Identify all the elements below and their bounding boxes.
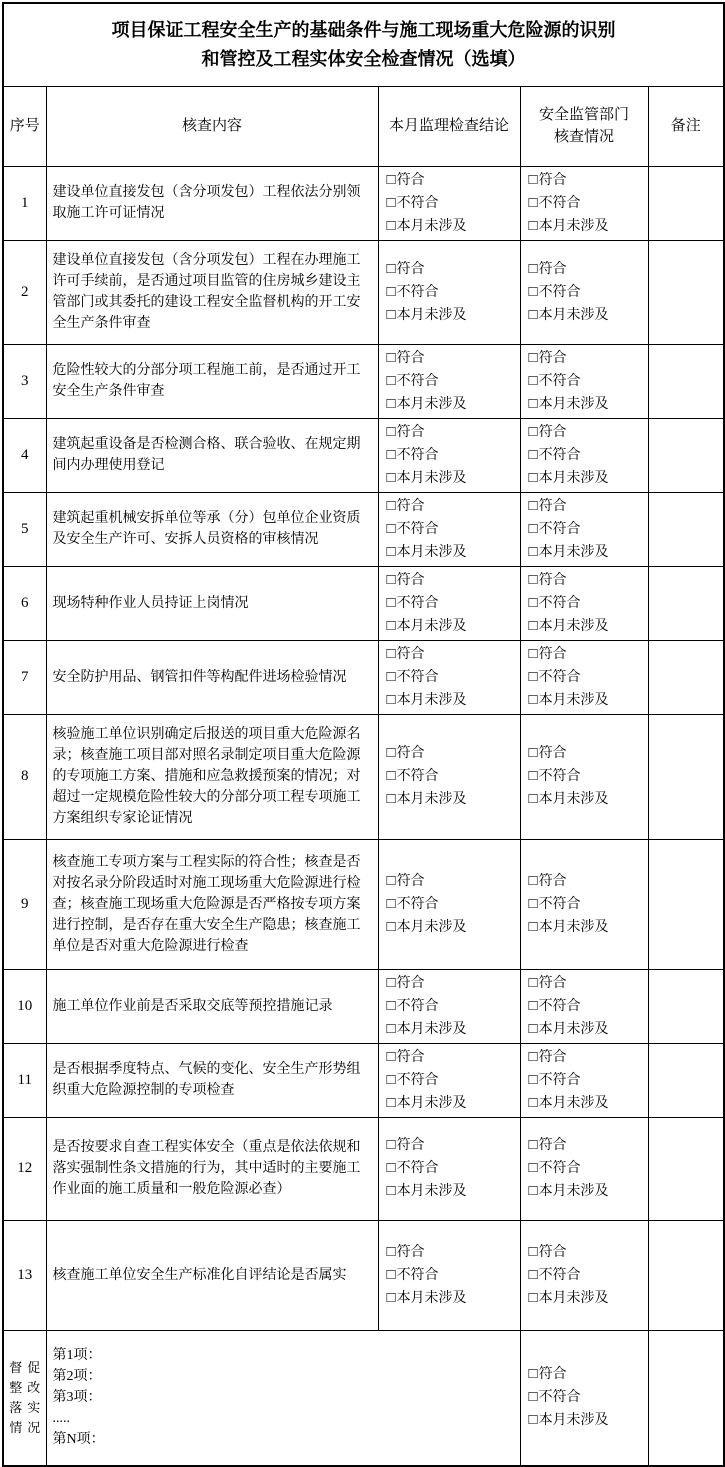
checkbox-icon[interactable]: □ (387, 1095, 396, 1111)
checkbox-icon[interactable]: □ (529, 1389, 538, 1405)
checkbox-label: 本月未涉及 (397, 1291, 467, 1306)
checkbox-icon[interactable]: □ (529, 1366, 538, 1382)
row-content: 建筑起重设备是否检测合格、联合验收、在规定期间内办理使用登记 (46, 418, 378, 492)
checkbox-label: 本月未涉及 (397, 1184, 467, 1199)
checkbox-option-authority[interactable]: □本月未涉及 (529, 1287, 646, 1310)
checkbox-icon[interactable]: □ (529, 172, 538, 188)
checkbox-icon[interactable]: □ (387, 218, 396, 234)
checkbox-option-supervision[interactable]: □符合 (387, 1134, 518, 1157)
checkbox-option-supervision[interactable]: □不符合 (387, 893, 518, 916)
checkbox-icon[interactable]: □ (387, 791, 396, 807)
row-content: 建设单位直接发包（含分项发包）工程依法分别领取施工许可证情况 (46, 166, 378, 240)
checkbox-icon[interactable]: □ (387, 1244, 396, 1260)
checkbox-label: 不符合 (539, 1390, 581, 1405)
checkbox-icon[interactable]: □ (529, 1137, 538, 1153)
checkbox-option-authority[interactable]: □符合 (529, 1046, 646, 1069)
checkbox-label: 不符合 (397, 448, 439, 463)
checkbox-label: 本月未涉及 (539, 1291, 609, 1306)
checkbox-icon[interactable]: □ (387, 424, 396, 440)
checkbox-icon[interactable]: □ (387, 998, 396, 1014)
checkbox-label: 本月未涉及 (539, 792, 609, 807)
checkbox-label: 符合 (397, 746, 425, 761)
checkbox-option-supervision[interactable]: □不符合 (387, 765, 518, 788)
checkbox-label: 不符合 (397, 1161, 439, 1176)
authority-check-cell: □符合□不符合□本月未涉及 (520, 1117, 648, 1220)
checkbox-label: 符合 (539, 1367, 567, 1382)
checkbox-label: 符合 (397, 1245, 425, 1260)
checkbox-option-supervision[interactable]: □本月未涉及 (387, 467, 518, 490)
checkbox-icon[interactable]: □ (529, 1021, 538, 1037)
checkbox-label: 不符合 (397, 1268, 439, 1283)
checkbox-option-authority[interactable]: □符合 (529, 421, 646, 444)
row-number: 5 (3, 492, 46, 566)
checkbox-option-supervision[interactable]: □本月未涉及 (387, 689, 518, 712)
checkbox-icon[interactable]: □ (529, 1412, 538, 1428)
checkbox-icon[interactable]: □ (387, 1267, 396, 1283)
rectification-item: 第1项： (53, 1345, 512, 1366)
checkbox-icon[interactable]: □ (387, 745, 396, 761)
checkbox-icon[interactable]: □ (529, 618, 538, 634)
checkbox-option-supervision[interactable]: □本月未涉及 (387, 1018, 518, 1041)
checkbox-option-authority[interactable]: □不符合 (529, 281, 646, 304)
checkbox-icon[interactable]: □ (387, 521, 396, 537)
checkbox-label: 本月未涉及 (539, 693, 609, 708)
checkbox-icon[interactable]: □ (529, 1072, 538, 1088)
checkbox-option-supervision[interactable]: □符合 (387, 1046, 518, 1069)
supervision-check-cell: □符合□不符合□本月未涉及 (378, 1220, 520, 1330)
checkbox-option-authority[interactable]: □不符合 (529, 1264, 646, 1287)
checkbox-icon[interactable]: □ (529, 261, 538, 277)
checkbox-label: 本月未涉及 (397, 619, 467, 634)
checkbox-option-authority[interactable]: □本月未涉及 (529, 689, 646, 712)
checkbox-label: 不符合 (539, 448, 581, 463)
checkbox-label: 不符合 (539, 670, 581, 685)
footer-label-line: 落实 (4, 1398, 46, 1418)
checkbox-label: 本月未涉及 (397, 397, 467, 412)
col-header-authority: 安全监管部门 核查情况 (520, 86, 648, 166)
authority-check-cell: □符合□不符合□本月未涉及 (520, 492, 648, 566)
checkbox-label: 本月未涉及 (397, 545, 467, 560)
checkbox-label: 符合 (397, 499, 425, 514)
checkbox-option-authority[interactable]: □不符合 (529, 1069, 646, 1092)
authority-check-cell: □符合□不符合□本月未涉及 (520, 240, 648, 344)
checkbox-icon[interactable]: □ (387, 896, 396, 912)
supervision-check-cell: □符合□不符合□本月未涉及 (378, 492, 520, 566)
checkbox-option-supervision[interactable]: □本月未涉及 (387, 1092, 518, 1115)
checkbox-option-authority[interactable]: □符合 (529, 1134, 646, 1157)
checkbox-icon[interactable]: □ (387, 172, 396, 188)
checkbox-option-authority[interactable]: □符合 (529, 1241, 646, 1264)
checkbox-label: 符合 (397, 425, 425, 440)
checkbox-option-authority[interactable]: □本月未涉及 (529, 1180, 646, 1203)
checkbox-icon[interactable]: □ (387, 1160, 396, 1176)
authority-check-cell: □符合□不符合□本月未涉及 (520, 166, 648, 240)
checkbox-icon[interactable]: □ (387, 572, 396, 588)
row-content: 是否根据季度特点、气候的变化、安全生产形势组织重大危险源控制的专项检查 (46, 1043, 378, 1117)
checkbox-option-authority[interactable]: □符合 (529, 569, 646, 592)
checkbox-icon[interactable]: □ (387, 1072, 396, 1088)
checkbox-icon[interactable]: □ (387, 692, 396, 708)
checkbox-icon[interactable]: □ (387, 373, 396, 389)
checkbox-icon[interactable]: □ (387, 396, 396, 412)
checkbox-icon[interactable]: □ (529, 1290, 538, 1306)
checkbox-icon[interactable]: □ (387, 1137, 396, 1153)
checkbox-icon[interactable]: □ (387, 1290, 396, 1306)
checkbox-option-authority[interactable]: □本月未涉及 (529, 393, 646, 416)
checkbox-label: 本月未涉及 (539, 219, 609, 234)
row-number: 4 (3, 418, 46, 492)
checkbox-icon[interactable]: □ (529, 919, 538, 935)
checkbox-icon[interactable]: □ (529, 1244, 538, 1260)
checkbox-option-supervision[interactable]: □本月未涉及 (387, 788, 518, 811)
table-row: 5 建筑起重机械安拆单位等承（分）包单位企业资质及安全生产许可、安拆人员资格的审… (3, 492, 724, 566)
checkbox-icon[interactable]: □ (529, 1049, 538, 1065)
checkbox-option-authority[interactable]: □不符合 (529, 893, 646, 916)
checkbox-icon[interactable]: □ (387, 261, 396, 277)
checkbox-icon[interactable]: □ (529, 373, 538, 389)
checkbox-icon[interactable]: □ (529, 447, 538, 463)
checkbox-icon[interactable]: □ (529, 195, 538, 211)
checkbox-option-authority[interactable]: □本月未涉及 (529, 541, 646, 564)
checkbox-icon[interactable]: □ (529, 424, 538, 440)
table-body: 1 建设单位直接发包（含分项发包）工程依法分别领取施工许可证情况 □符合□不符合… (3, 166, 724, 1330)
checkbox-icon[interactable]: □ (529, 692, 538, 708)
checkbox-option-authority[interactable]: □不符合 (529, 1157, 646, 1180)
supervision-check-cell: □符合□不符合□本月未涉及 (378, 344, 520, 418)
checkbox-label: 符合 (397, 874, 425, 889)
checkbox-label: 符合 (397, 976, 425, 991)
checkbox-label: 不符合 (397, 769, 439, 784)
checkbox-icon[interactable]: □ (387, 498, 396, 514)
table-row: 12 是否按要求自查工程实体安全（重点是依法依规和落实强制性条文措施的行为，其中… (3, 1117, 724, 1220)
checkbox-option-authority[interactable]: □符合 (529, 870, 646, 893)
checkbox-option-authority[interactable]: □本月未涉及 (529, 788, 646, 811)
checkbox-icon[interactable]: □ (529, 521, 538, 537)
checkbox-label: 本月未涉及 (539, 920, 609, 935)
checkbox-label: 不符合 (397, 670, 439, 685)
checkbox-label: 符合 (539, 1050, 567, 1065)
checkbox-option-supervision[interactable]: □符合 (387, 643, 518, 666)
checkbox-label: 符合 (397, 647, 425, 662)
checkbox-icon[interactable]: □ (529, 1160, 538, 1176)
row-number: 6 (3, 566, 46, 640)
checkbox-icon[interactable]: □ (387, 646, 396, 662)
checkbox-option-authority[interactable]: □不符合 (529, 592, 646, 615)
checkbox-label: 符合 (397, 1050, 425, 1065)
checkbox-option-authority[interactable]: □本月未涉及 (529, 467, 646, 490)
checkbox-icon[interactable]: □ (529, 791, 538, 807)
checkbox-icon[interactable]: □ (529, 998, 538, 1014)
checkbox-icon[interactable]: □ (529, 470, 538, 486)
remark-cell (648, 418, 724, 492)
checkbox-option-supervision[interactable]: □本月未涉及 (387, 215, 518, 238)
rectification-row: 督促 整改 落实 情况 第1项： 第2项： 第3项： ..... 第N项： □符… (3, 1330, 724, 1466)
checkbox-option-authority[interactable]: □符合 (529, 347, 646, 370)
checkbox-icon[interactable]: □ (387, 595, 396, 611)
checkbox-option-authority[interactable]: □符合 (529, 742, 646, 765)
checkbox-option-authority[interactable]: □不符合 (529, 518, 646, 541)
checkbox-option-authority[interactable]: □不符合 (529, 666, 646, 689)
checkbox-option-supervision[interactable]: □不符合 (387, 592, 518, 615)
inspection-table: 项目保证工程安全生产的基础条件与施工现场重大危险源的识别 和管控及工程实体安全检… (2, 2, 725, 1467)
checkbox-label: 不符合 (397, 285, 439, 300)
remark-cell (648, 1330, 724, 1466)
checkbox-label: 不符合 (539, 897, 581, 912)
checkbox-option-authority[interactable]: □本月未涉及 (529, 215, 646, 238)
col-header-supervision: 本月监理检查结论 (378, 86, 520, 166)
checkbox-label: 本月未涉及 (397, 792, 467, 807)
checkbox-label: 本月未涉及 (539, 1096, 609, 1111)
checkbox-label: 不符合 (539, 1073, 581, 1088)
supervision-check-cell: □符合□不符合□本月未涉及 (378, 1043, 520, 1117)
checkbox-label: 不符合 (397, 1073, 439, 1088)
checkbox-option-supervision[interactable]: □符合 (387, 347, 518, 370)
checkbox-option-supervision[interactable]: □符合 (387, 495, 518, 518)
footer-label-line: 整改 (4, 1378, 46, 1398)
table-row: 9 核查施工专项方案与工程实际的符合性；核查是否对按名录分阶段适时对施工现场重大… (3, 839, 724, 969)
rectification-items-cell[interactable]: 第1项： 第2项： 第3项： ..... 第N项： (46, 1330, 520, 1466)
checkbox-option-authority[interactable]: □符合 (529, 258, 646, 281)
checkbox-option-supervision[interactable]: □不符合 (387, 281, 518, 304)
checkbox-icon[interactable]: □ (529, 669, 538, 685)
authority-check-cell: □符合□不符合□本月未涉及 (520, 1043, 648, 1117)
row-number: 11 (3, 1043, 46, 1117)
checkbox-icon[interactable]: □ (529, 975, 538, 991)
checkbox-option-authority[interactable]: □不符合 (529, 1386, 646, 1409)
checkbox-icon[interactable]: □ (387, 919, 396, 935)
checkbox-option-authority[interactable]: □本月未涉及 (529, 1409, 646, 1432)
checkbox-label: 本月未涉及 (539, 471, 609, 486)
checkbox-icon[interactable]: □ (529, 218, 538, 234)
authority-check-cell: □符合□不符合□本月未涉及 (520, 640, 648, 714)
table-row: 11 是否根据季度特点、气候的变化、安全生产形势组织重大危险源控制的专项检查 □… (3, 1043, 724, 1117)
checkbox-option-authority[interactable]: □不符合 (529, 765, 646, 788)
checkbox-label: 符合 (539, 425, 567, 440)
col-header-remark: 备注 (648, 86, 724, 166)
checkbox-option-authority[interactable]: □不符合 (529, 444, 646, 467)
checkbox-label: 符合 (539, 874, 567, 889)
checkbox-label: 本月未涉及 (397, 693, 467, 708)
authority-check-cell: □符合□不符合□本月未涉及 (520, 714, 648, 839)
checkbox-icon[interactable]: □ (529, 768, 538, 784)
supervision-check-cell: □符合□不符合□本月未涉及 (378, 640, 520, 714)
row-content: 现场特种作业人员持证上岗情况 (46, 566, 378, 640)
supervision-check-cell: □符合□不符合□本月未涉及 (378, 240, 520, 344)
checkbox-option-supervision[interactable]: □不符合 (387, 995, 518, 1018)
checkbox-icon[interactable]: □ (529, 307, 538, 323)
checkbox-icon[interactable]: □ (387, 470, 396, 486)
checkbox-icon[interactable]: □ (529, 544, 538, 560)
checkbox-label: 符合 (539, 262, 567, 277)
checkbox-icon[interactable]: □ (387, 284, 396, 300)
checkbox-icon[interactable]: □ (529, 595, 538, 611)
checkbox-icon[interactable]: □ (529, 396, 538, 412)
checkbox-icon[interactable]: □ (387, 195, 396, 211)
checkbox-option-authority[interactable]: □符合 (529, 972, 646, 995)
checkbox-option-authority[interactable]: □符合 (529, 169, 646, 192)
checkbox-option-supervision[interactable]: □不符合 (387, 444, 518, 467)
checkbox-option-authority[interactable]: □本月未涉及 (529, 1092, 646, 1115)
checkbox-icon[interactable]: □ (387, 873, 396, 889)
checkbox-option-authority[interactable]: □本月未涉及 (529, 615, 646, 638)
authority-check-cell: □符合□不符合□本月未涉及 (520, 566, 648, 640)
remark-cell (648, 166, 724, 240)
row-number: 1 (3, 166, 46, 240)
checkbox-option-supervision[interactable]: □不符合 (387, 518, 518, 541)
checkbox-option-supervision[interactable]: □本月未涉及 (387, 304, 518, 327)
header-row: 序号 核查内容 本月监理检查结论 安全监管部门 核查情况 备注 (3, 86, 724, 166)
checkbox-icon[interactable]: □ (529, 896, 538, 912)
supervision-check-cell: □符合□不符合□本月未涉及 (378, 714, 520, 839)
row-number: 13 (3, 1220, 46, 1330)
checkbox-option-supervision[interactable]: □符合 (387, 569, 518, 592)
footer-label: 督促 整改 落实 情况 (3, 1330, 46, 1466)
checkbox-label: 本月未涉及 (397, 920, 467, 935)
checkbox-icon[interactable]: □ (387, 447, 396, 463)
checkbox-icon[interactable]: □ (529, 1183, 538, 1199)
checkbox-option-supervision[interactable]: □本月未涉及 (387, 615, 518, 638)
checkbox-option-supervision[interactable]: □本月未涉及 (387, 393, 518, 416)
authority-check-cell: □符合□不符合□本月未涉及 (520, 418, 648, 492)
checkbox-label: 符合 (539, 647, 567, 662)
checkbox-icon[interactable]: □ (387, 307, 396, 323)
row-content: 施工单位作业前是否采取交底等预控措施记录 (46, 969, 378, 1043)
checkbox-option-supervision[interactable]: □不符合 (387, 370, 518, 393)
checkbox-icon[interactable]: □ (529, 498, 538, 514)
checkbox-label: 本月未涉及 (397, 219, 467, 234)
table-row: 8 核验施工单位识别确定后报送的项目重大危险源名录；核查施工项目部对照名录制定项… (3, 714, 724, 839)
remark-cell (648, 1220, 724, 1330)
checkbox-label: 不符合 (397, 596, 439, 611)
checkbox-label: 不符合 (397, 897, 439, 912)
checkbox-icon[interactable]: □ (529, 1267, 538, 1283)
checkbox-icon[interactable]: □ (529, 1095, 538, 1111)
checkbox-icon[interactable]: □ (529, 646, 538, 662)
checkbox-option-supervision[interactable]: □符合 (387, 169, 518, 192)
checkbox-label: 不符合 (397, 522, 439, 537)
checkbox-label: 本月未涉及 (539, 308, 609, 323)
checkbox-option-authority[interactable]: □不符合 (529, 192, 646, 215)
checkbox-icon[interactable]: □ (387, 768, 396, 784)
checkbox-option-supervision[interactable]: □不符合 (387, 1157, 518, 1180)
checkbox-icon[interactable]: □ (387, 350, 396, 366)
checkbox-label: 符合 (539, 573, 567, 588)
checkbox-label: 本月未涉及 (539, 397, 609, 412)
checkbox-label: 本月未涉及 (397, 308, 467, 323)
checkbox-icon[interactable]: □ (529, 873, 538, 889)
checkbox-option-supervision[interactable]: □符合 (387, 421, 518, 444)
checkbox-icon[interactable]: □ (387, 544, 396, 560)
checkbox-option-supervision[interactable]: □符合 (387, 972, 518, 995)
checkbox-label: 符合 (397, 262, 425, 277)
checkbox-option-authority[interactable]: □符合 (529, 1363, 646, 1386)
checkbox-label: 不符合 (539, 522, 581, 537)
title-row: 项目保证工程安全生产的基础条件与施工现场重大危险源的识别 和管控及工程实体安全检… (3, 3, 724, 86)
row-number: 7 (3, 640, 46, 714)
checkbox-icon[interactable]: □ (387, 1183, 396, 1199)
checkbox-option-supervision[interactable]: □不符合 (387, 1264, 518, 1287)
table-row: 13 核查施工单位安全生产标准化自评结论是否属实 □符合□不符合□本月未涉及 □… (3, 1220, 724, 1330)
checkbox-option-supervision[interactable]: □本月未涉及 (387, 1287, 518, 1310)
checkbox-label: 符合 (539, 1138, 567, 1153)
row-number: 3 (3, 344, 46, 418)
checkbox-icon[interactable]: □ (529, 284, 538, 300)
checkbox-icon[interactable]: □ (387, 618, 396, 634)
supervision-check-cell: □符合□不符合□本月未涉及 (378, 839, 520, 969)
checkbox-icon[interactable]: □ (387, 975, 396, 991)
checkbox-label: 不符合 (539, 374, 581, 389)
remark-cell (648, 1117, 724, 1220)
supervision-check-cell: □符合□不符合□本月未涉及 (378, 166, 520, 240)
supervision-check-cell: □符合□不符合□本月未涉及 (378, 969, 520, 1043)
checkbox-label: 本月未涉及 (397, 471, 467, 486)
checkbox-label: 符合 (539, 173, 567, 188)
checkbox-option-authority[interactable]: □符合 (529, 495, 646, 518)
checkbox-option-supervision[interactable]: □不符合 (387, 192, 518, 215)
checkbox-label: 符合 (397, 173, 425, 188)
row-number: 9 (3, 839, 46, 969)
table-row: 1 建设单位直接发包（含分项发包）工程依法分别领取施工许可证情况 □符合□不符合… (3, 166, 724, 240)
row-content: 核查施工单位安全生产标准化自评结论是否属实 (46, 1220, 378, 1330)
checkbox-option-supervision[interactable]: □本月未涉及 (387, 1180, 518, 1203)
remark-cell (648, 1043, 724, 1117)
checkbox-option-supervision[interactable]: □符合 (387, 258, 518, 281)
checkbox-option-authority[interactable]: □不符合 (529, 370, 646, 393)
checkbox-option-authority[interactable]: □本月未涉及 (529, 916, 646, 939)
checkbox-label: 不符合 (539, 596, 581, 611)
checkbox-option-supervision[interactable]: □符合 (387, 870, 518, 893)
remark-cell (648, 566, 724, 640)
rectification-item-ellipsis: ..... (53, 1408, 512, 1429)
table-row: 3 危险性较大的分部分项工程施工前，是否通过开工安全生产条件审查 □符合□不符合… (3, 344, 724, 418)
checkbox-icon[interactable]: □ (387, 1021, 396, 1037)
checkbox-label: 符合 (539, 351, 567, 366)
checkbox-label: 符合 (397, 573, 425, 588)
row-content: 安全防护用品、钢管扣件等构配件进场检验情况 (46, 640, 378, 714)
checkbox-option-supervision[interactable]: □符合 (387, 742, 518, 765)
checkbox-option-supervision[interactable]: □不符合 (387, 1069, 518, 1092)
checkbox-icon[interactable]: □ (529, 745, 538, 761)
checkbox-icon[interactable]: □ (529, 572, 538, 588)
document-page: 项目保证工程安全生产的基础条件与施工现场重大危险源的识别 和管控及工程实体安全检… (0, 0, 725, 1361)
checkbox-option-supervision[interactable]: □本月未涉及 (387, 916, 518, 939)
checkbox-icon[interactable]: □ (387, 669, 396, 685)
checkbox-icon[interactable]: □ (529, 350, 538, 366)
remark-cell (648, 714, 724, 839)
checkbox-label: 符合 (539, 976, 567, 991)
table-row: 7 安全防护用品、钢管扣件等构配件进场检验情况 □符合□不符合□本月未涉及 □符… (3, 640, 724, 714)
checkbox-option-authority[interactable]: □本月未涉及 (529, 1018, 646, 1041)
col-header-content: 核查内容 (46, 86, 378, 166)
checkbox-label: 不符合 (539, 1161, 581, 1176)
checkbox-label: 不符合 (539, 1268, 581, 1283)
rectification-item: 第2项： (53, 1366, 512, 1387)
checkbox-option-supervision[interactable]: □本月未涉及 (387, 541, 518, 564)
checkbox-icon[interactable]: □ (387, 1049, 396, 1065)
checkbox-option-authority[interactable]: □不符合 (529, 995, 646, 1018)
table-row: 2 建设单位直接发包（含分项发包）工程在办理施工许可手续前，是否通过项目监管的住… (3, 240, 724, 344)
authority-check-cell: □符合□不符合□本月未涉及 (520, 1330, 648, 1466)
checkbox-label: 不符合 (397, 196, 439, 211)
checkbox-option-supervision[interactable]: □符合 (387, 1241, 518, 1264)
remark-cell (648, 969, 724, 1043)
checkbox-option-authority[interactable]: □本月未涉及 (529, 304, 646, 327)
rectification-item: 第3项： (53, 1387, 512, 1408)
checkbox-option-supervision[interactable]: □不符合 (387, 666, 518, 689)
rectification-item: 第N项： (53, 1429, 512, 1450)
checkbox-label: 符合 (539, 499, 567, 514)
checkbox-option-authority[interactable]: □符合 (529, 643, 646, 666)
